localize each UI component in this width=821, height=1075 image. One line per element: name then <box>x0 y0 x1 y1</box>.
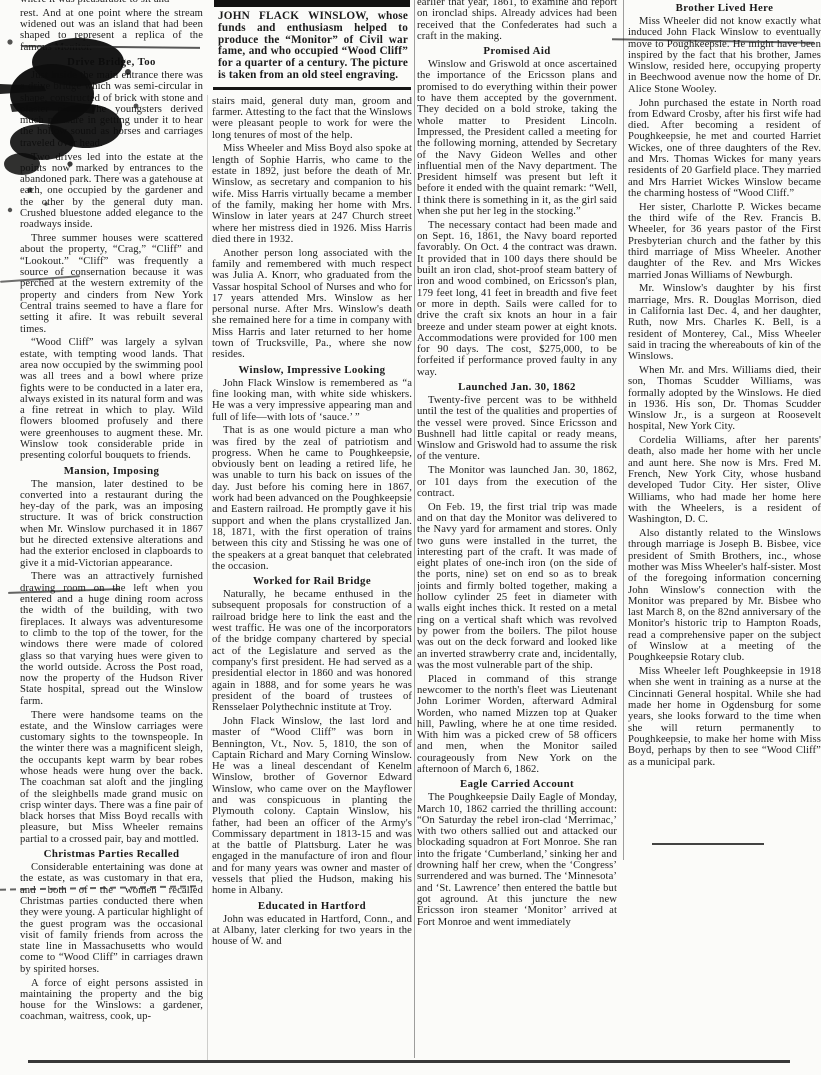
page-bottom-rule <box>28 1060 790 1063</box>
article-column-3: earlier that year, 1861, to examine and … <box>417 0 617 1060</box>
section-heading: Winslow, Impressive Looking <box>212 364 412 376</box>
article-paragraph: Another person long associated with the … <box>212 248 412 361</box>
section-heading: Promised Aid <box>417 45 617 57</box>
photo-bottom-edge <box>214 0 410 7</box>
article-paragraph: John was educated in Hartford, Conn., an… <box>212 914 412 948</box>
article-paragraph: Naturally, he became enthused in the sub… <box>212 589 412 713</box>
article-column-2: JOHN FLACK WINSLOW, whose funds and enth… <box>212 0 412 1062</box>
ink-blot <box>0 14 160 244</box>
article-paragraph: On Feb. 19, the first trial trip was mad… <box>417 502 617 671</box>
article-column-4: Brother Lived Here Miss Wheeler did not … <box>628 2 821 902</box>
column-divider <box>207 95 208 1060</box>
article-paragraph: where it was pleasurable to sit and <box>20 0 203 5</box>
article-paragraph: earlier that year, 1861, to examine and … <box>417 0 617 42</box>
article-paragraph: Also distantly related to the Winslows t… <box>628 528 821 664</box>
article-paragraph: “Wood Cliff” was largely a sylvan estate… <box>20 337 203 461</box>
article-paragraph: John purchased the estate in North road … <box>628 98 821 200</box>
article-paragraph: Her sister, Charlotte P. Wickes became t… <box>628 202 821 281</box>
article-paragraph: When Mr. and Mrs. Williams died, their s… <box>628 365 821 433</box>
article-paragraph: Twenty-five percent was to be withheld u… <box>417 395 617 463</box>
column-divider <box>414 0 415 1058</box>
section-heading: Eagle Carried Account <box>417 778 617 790</box>
section-heading: Mansion, Imposing <box>20 465 203 477</box>
article-paragraph: A force of eight persons assisted in mai… <box>20 978 203 1023</box>
article-paragraph: There were handsome teams on the estate,… <box>20 710 203 846</box>
caption-divider-rule <box>213 87 411 90</box>
photo-caption: JOHN FLACK WINSLOW, whose funds and enth… <box>212 11 412 82</box>
article-paragraph: That is as one would picture a man who w… <box>212 425 412 572</box>
section-heading: Worked for Rail Bridge <box>212 575 412 587</box>
article-end-rule <box>652 843 764 845</box>
article-paragraph: The Poughkeepsie Daily Eagle of Monday, … <box>417 792 617 928</box>
article-paragraph: The mansion, later destined to be conver… <box>20 479 203 569</box>
article-paragraph: The Monitor was launched Jan. 30, 1862, … <box>417 465 617 499</box>
photo-caption-box: JOHN FLACK WINSLOW, whose funds and enth… <box>212 0 412 90</box>
section-heading: Educated in Hartford <box>212 900 412 912</box>
article-paragraph: Miss Wheeler left Poughkeepsie in 1918 w… <box>628 666 821 768</box>
section-heading: Brother Lived Here <box>628 2 821 14</box>
article-paragraph: stairs maid, general duty man, groom and… <box>212 96 412 141</box>
article-paragraph: Miss Wheeler did not know exactly what i… <box>628 16 821 95</box>
section-heading: Launched Jan. 30, 1862 <box>417 381 617 393</box>
article-paragraph: John Flack Winslow is remembered as “a f… <box>212 378 412 423</box>
newspaper-clipping-page: where it was pleasurable to sit and rest… <box>0 0 821 1075</box>
article-paragraph: Miss Wheeler and Miss Boyd also spoke at… <box>212 143 412 245</box>
article-paragraph: Placed in command of this strange newcom… <box>417 674 617 776</box>
article-paragraph: John Flack Winslow, the last lord and ma… <box>212 716 412 897</box>
article-paragraph: Considerable entertaining was done at th… <box>20 862 203 975</box>
section-heading: Christmas Parties Recalled <box>20 848 203 860</box>
article-paragraph: Mr. Winslow's daughter by his first marr… <box>628 283 821 362</box>
article-paragraph: Winslow and Griswold at once ascertained… <box>417 59 617 217</box>
article-paragraph: Three summer houses were scattered about… <box>20 233 203 335</box>
article-paragraph: The necessary contact had been made and … <box>417 220 617 378</box>
column-divider <box>623 0 624 860</box>
article-paragraph: Cordelia Williams, after her parents' de… <box>628 435 821 525</box>
